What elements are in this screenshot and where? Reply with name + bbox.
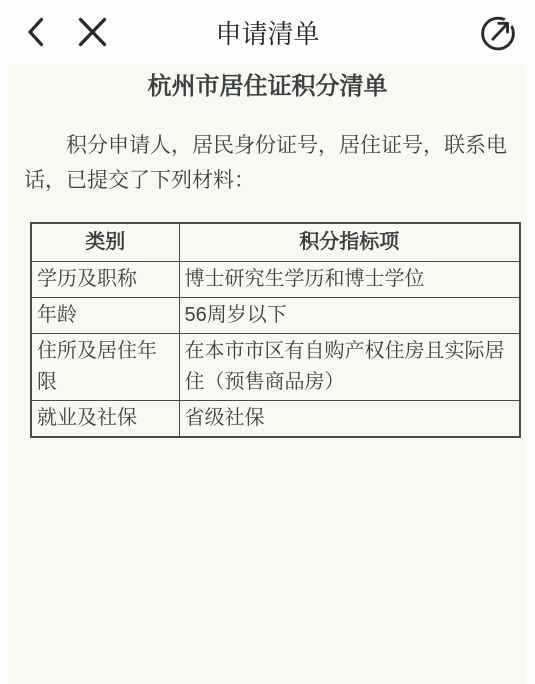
table-row: 就业及社保 省级社保 (31, 401, 520, 438)
refresh-button[interactable] (475, 9, 521, 55)
table-row: 住所及居住年限 在本市市区有自购产权住房且实际居住（预售商品房） (31, 334, 520, 401)
screen: 申请清单 杭州市居住证积分清单 积分申请人，居民身份证号，居住证号，联系电话，已… (0, 0, 535, 684)
page-title: 申请清单 (100, 0, 435, 64)
document-title: 杭州市居住证积分清单 (18, 72, 517, 102)
table-row: 年龄 56周岁以下 (31, 298, 520, 334)
navbar: 申请清单 (0, 0, 535, 64)
content-card: 杭州市居住证积分清单 积分申请人，居民身份证号，居住证号，联系电话，已提交了下列… (8, 64, 527, 684)
cell-category: 年龄 (31, 298, 179, 334)
cell-indicator: 56周岁以下 (179, 298, 520, 334)
cell-category: 就业及社保 (31, 401, 179, 438)
cell-indicator: 在本市市区有自购产权住房且实际居住（预售商品房） (179, 334, 520, 401)
cell-category: 学历及职称 (31, 262, 179, 298)
column-header-category: 类别 (31, 223, 179, 262)
column-header-indicator: 积分指标项 (179, 223, 520, 262)
cell-category: 住所及居住年限 (31, 334, 179, 401)
table-header-row: 类别 积分指标项 (31, 223, 520, 262)
points-table: 类别 积分指标项 学历及职称 博士研究生学历和博士学位 年龄 56周岁以下 住所… (30, 222, 521, 438)
intro-paragraph: 积分申请人，居民身份证号，居住证号，联系电话，已提交了下列材料： (24, 128, 511, 198)
table-row: 学历及职称 博士研究生学历和博士学位 (31, 262, 520, 298)
cell-indicator: 省级社保 (179, 401, 520, 438)
refresh-icon (476, 11, 520, 54)
cell-indicator: 博士研究生学历和博士学位 (179, 262, 520, 298)
back-button[interactable] (16, 10, 56, 54)
chevron-left-icon (24, 16, 48, 48)
